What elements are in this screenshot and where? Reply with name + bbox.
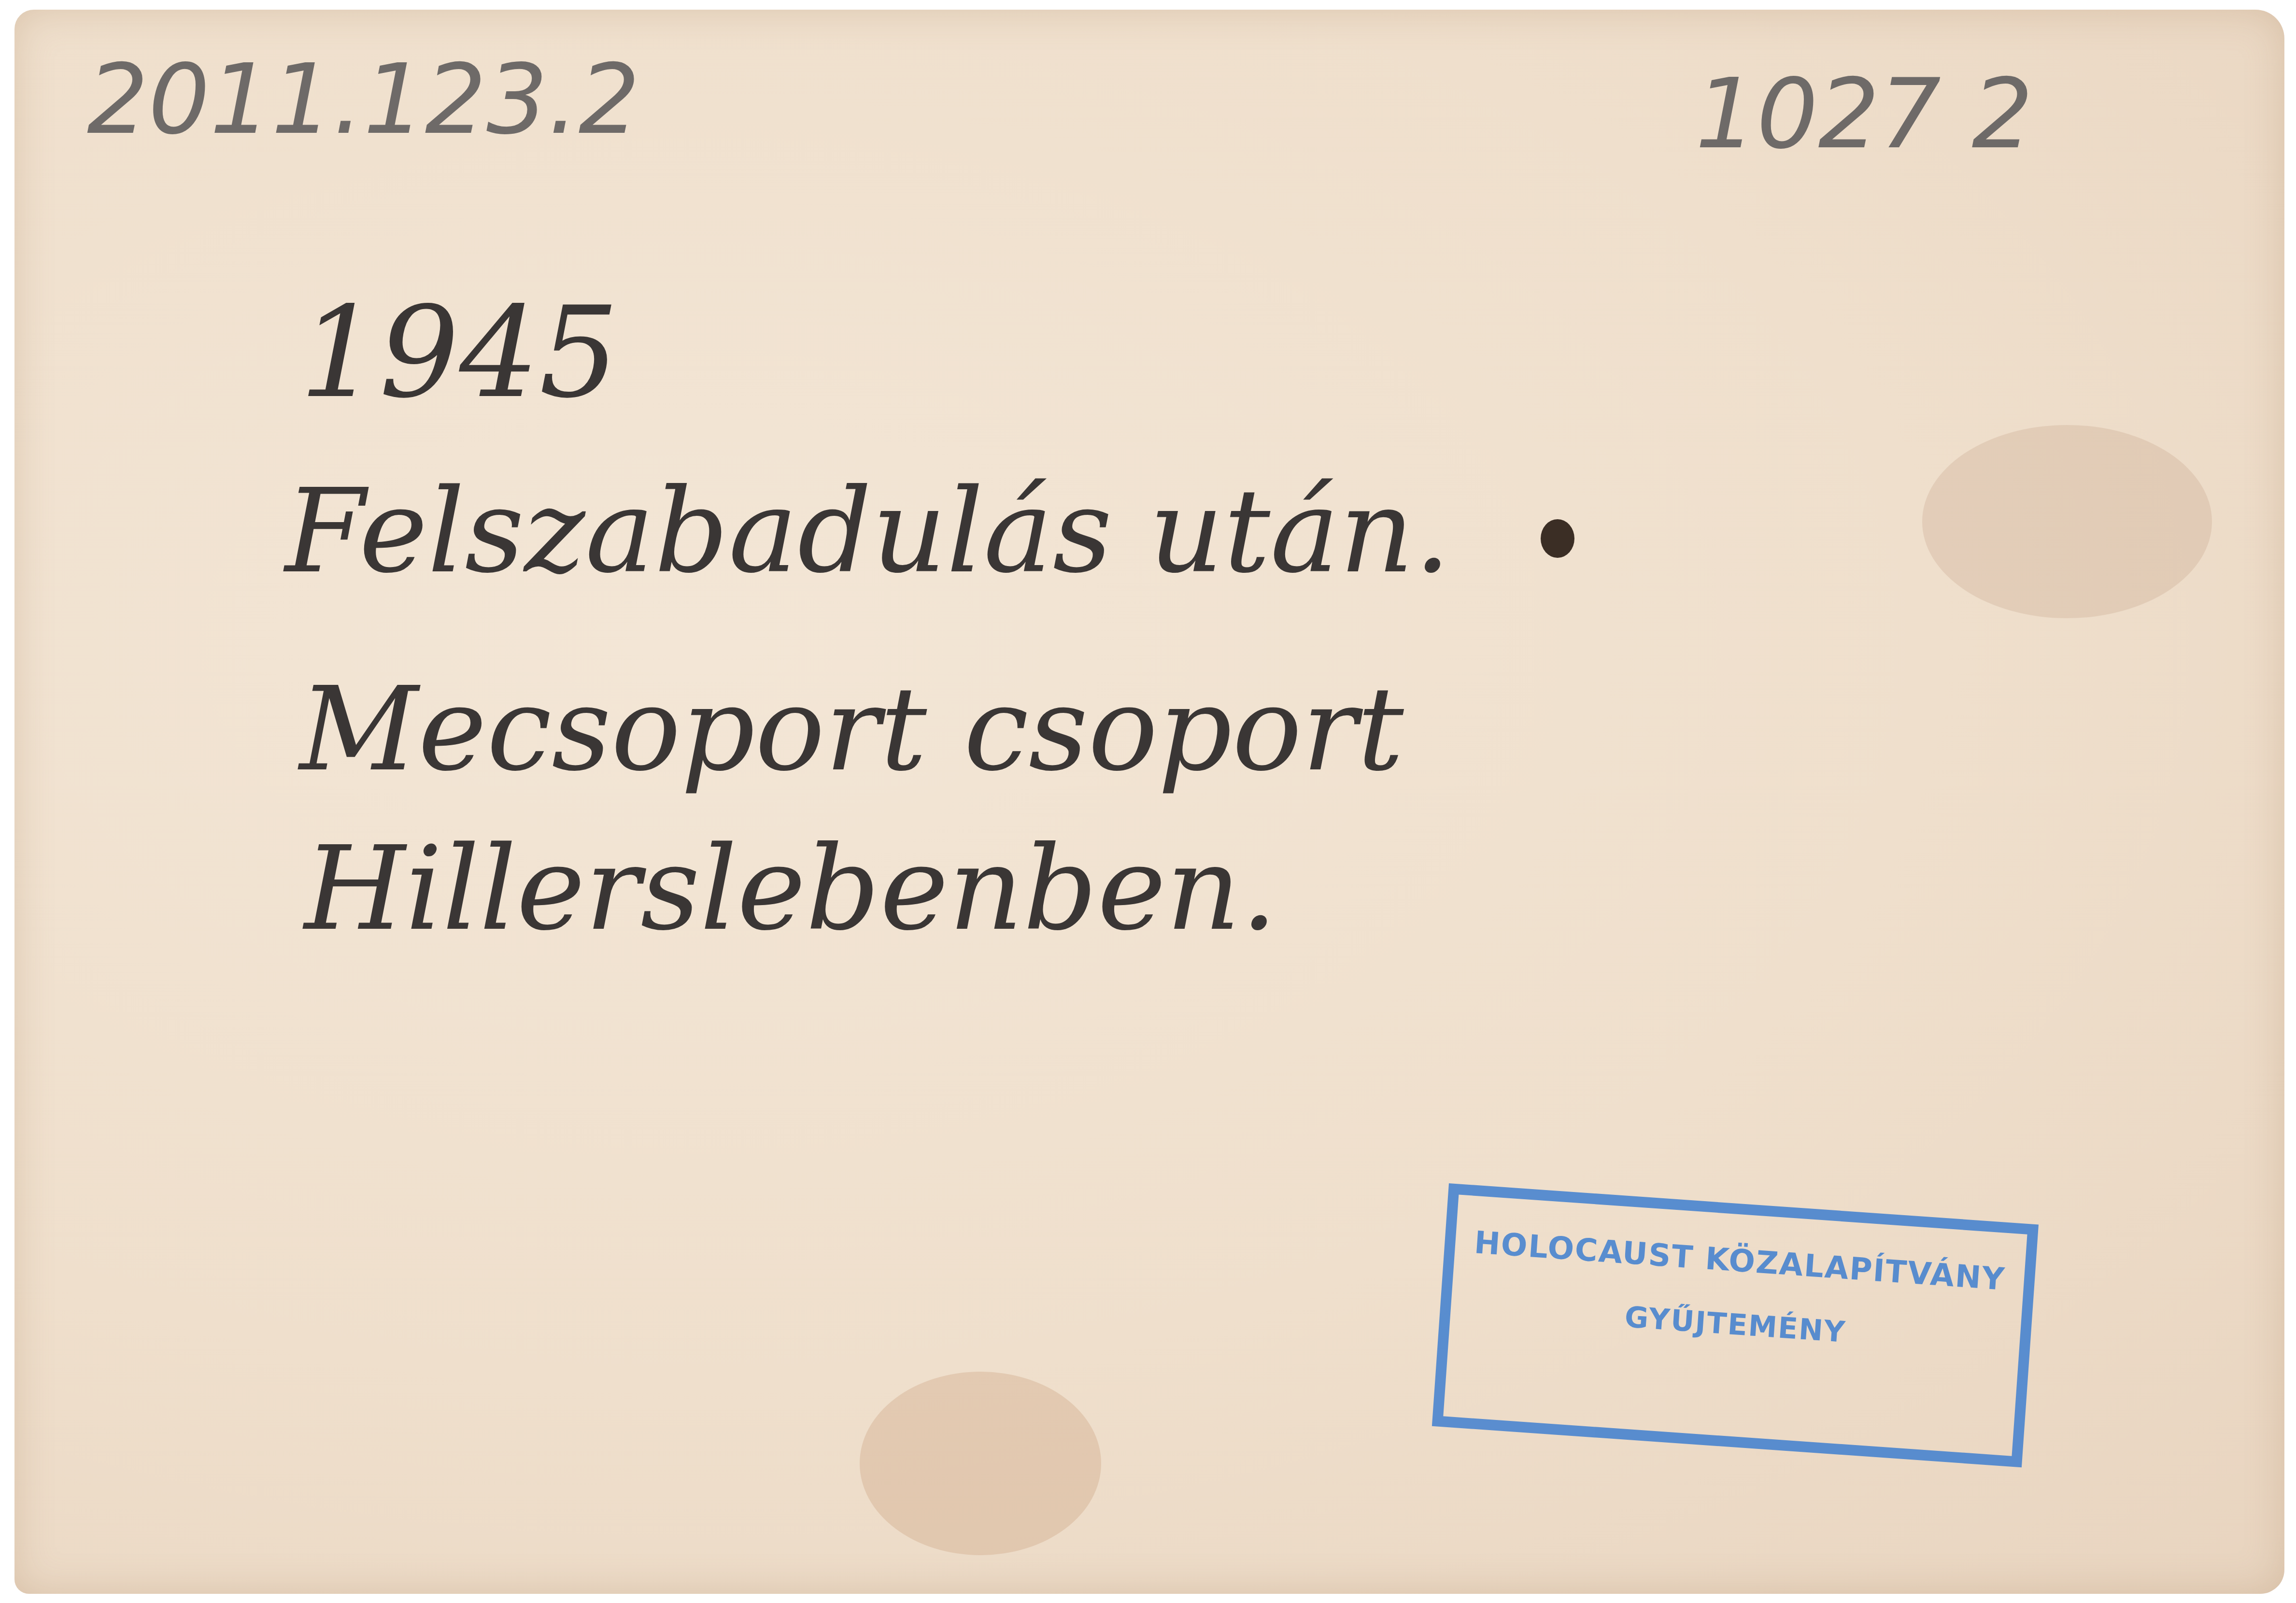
stamp-line-2: GYŰJTEMÉNY <box>1450 1288 2021 1362</box>
reference-number: 1027 2 <box>1695 58 2033 170</box>
stamp-line-1: HOLOCAUST KÖZALAPÍTVÁNY <box>1454 1223 2025 1299</box>
handwritten-line-2: Mecsoport csoport <box>299 662 1404 797</box>
collection-stamp: HOLOCAUST KÖZALAPÍTVÁNY GYŰJTEMÉNY <box>1432 1183 2039 1467</box>
stain <box>1922 425 2212 618</box>
photo-card-back: 2011.123.2 1027 2 1945 Felszabadulás utá… <box>14 10 2284 1594</box>
ink-spot <box>1541 519 1574 558</box>
catalog-number: 2011.123.2 <box>87 43 640 156</box>
handwritten-year: 1945 <box>299 280 619 426</box>
handwritten-line-3: Hillerslebenben. <box>304 821 1277 956</box>
handwritten-line-1: Felszabadulás után. <box>285 464 1451 599</box>
stain <box>860 1372 1101 1555</box>
